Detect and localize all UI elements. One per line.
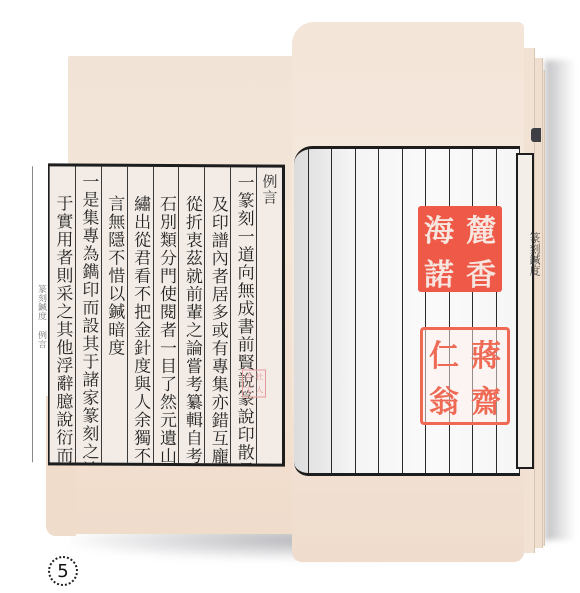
seal-char: 香 <box>466 250 496 294</box>
column-text: 石別類分門使閱者一目了然元遺山詩云鴛鴦 <box>155 167 177 463</box>
text-column: 及印譜內者居多或有專集亦錯互龐雜學者無 <box>204 167 230 463</box>
column-text: 從折衷茲就前輩之論嘗考纂輯自考篆以至選 <box>181 167 203 463</box>
section-title: 例言 <box>259 167 281 463</box>
right-ruled-block <box>294 146 520 476</box>
text-column: 從折衷茲就前輩之論嘗考纂輯自考篆以至選 <box>178 167 204 463</box>
seal-char: 吉 <box>245 371 253 382</box>
book-shadow-right <box>545 60 575 540</box>
column-text: 一篆刻一道向無成書前賢說篆說印散見於他書 <box>233 167 255 463</box>
text-column: 石別類分門使閱者一目了然元遺山詩云鴛鴦 <box>153 167 179 463</box>
page-stack-fold-text: 篆刻鍼度 <box>526 232 542 276</box>
text-column: 一是集專為鐫印而設其于諸家篆刻之論惟有關 <box>75 167 101 463</box>
text-column: 言無隱不惜以鍼暗度 <box>101 167 127 463</box>
column-text: 一是集專為鐫印而設其于諸家篆刻之論惟有關 <box>77 167 99 463</box>
seal-char: 齋 <box>471 377 501 421</box>
collector-seal-small: 吉 杜 主 人 <box>242 369 266 397</box>
seal-char: 仁 <box>429 331 459 375</box>
text-column: 于實用者則采之其他浮辭臆說衍而無當者概 <box>50 166 75 462</box>
seal-char: 主 <box>245 384 253 395</box>
seal-char: 蔣 <box>471 331 501 375</box>
column-text: 于實用者則采之其他浮辭臆說衍而無當者概 <box>51 166 73 462</box>
page-stack-frame <box>516 153 534 469</box>
bookmark-tab <box>531 128 541 142</box>
column-text: 繡出從君看不把金針度與人余獨不然是編盡 <box>129 167 151 463</box>
seal-char: 海 <box>424 206 454 250</box>
seal-char: 杜 <box>256 371 264 382</box>
seal-char: 麓 <box>466 206 496 250</box>
column-text: 及印譜內者居多或有專集亦錯互龐雜學者無 <box>207 167 229 463</box>
column-text: 言無隱不惜以鍼暗度 <box>103 167 125 463</box>
seal-stamp-top: 海 麓 諾 香 <box>418 206 502 292</box>
text-column-title: 例言 <box>256 167 282 463</box>
text-columns: 例言 一篆刻一道向無成書前賢說篆說印散見於他書 及印譜內者居多或有專集亦錯互龐雜… <box>50 166 282 463</box>
seal-char: 翁 <box>429 377 459 421</box>
seal-stamp-bottom: 仁 蔣 翁 齋 <box>420 327 510 425</box>
figure-number-badge: 5 <box>48 556 78 586</box>
seal-char: 人 <box>256 384 264 395</box>
figure-number: 5 <box>57 561 68 582</box>
text-column: 繡出從君看不把金針度與人余獨不然是編盡 <box>127 167 153 463</box>
fold-column: 篆刻鍼度 例言 <box>32 166 50 462</box>
fold-column-text: 篆刻鍼度 例言 <box>35 284 48 348</box>
seal-char: 諾 <box>424 250 454 294</box>
text-column: 一篆刻一道向無成書前賢說篆說印散見於他書 <box>230 167 256 463</box>
left-text-block: 篆刻鍼度 例言 例言 一篆刻一道向無成書前賢說篆說印散見於他書 及印譜內者居多或… <box>48 163 285 466</box>
